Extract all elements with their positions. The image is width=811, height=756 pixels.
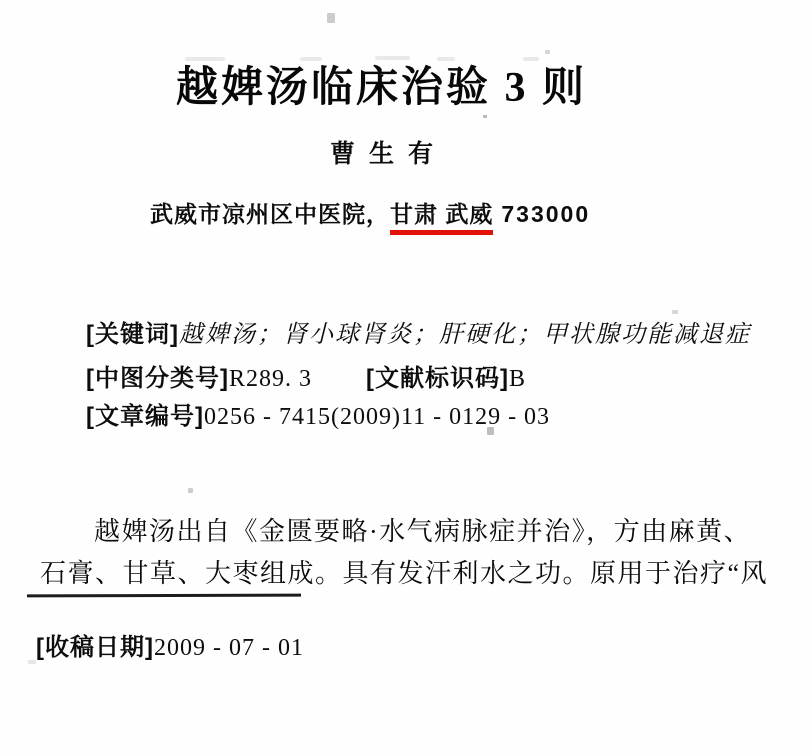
- classification-line: [中图分类号]R289. 3[文献标识码]B: [86, 358, 526, 393]
- footnote-divider: [27, 594, 301, 598]
- body-text-line-2: 石膏、甘草、大枣组成。具有发汗利水之功。原用于治疗“风: [40, 553, 768, 590]
- affiliation-institution: 武威市凉州区中医院，: [150, 201, 390, 227]
- received-date-label: [收稿日期]: [36, 634, 154, 661]
- body-text-line-1: 越婢汤出自《金匮要略·水气病脉症并治》，方由麻黄、: [94, 511, 751, 548]
- received-date-value: 2009 - 07 - 01: [154, 635, 304, 661]
- affiliation-region-underlined: 甘肃 武威: [390, 196, 493, 235]
- author-name: 曹生有: [330, 134, 447, 170]
- clc-label: [中图分类号]: [86, 365, 229, 392]
- keywords-line: [关键词]越婢汤；肾小球肾炎；肝硬化；甲状腺功能减退症: [86, 314, 751, 349]
- scan-speckle: [28, 660, 36, 664]
- keywords-label: [关键词]: [86, 321, 179, 348]
- affiliation-line: 武威市凉州区中医院，甘肃 武威733000: [150, 196, 590, 235]
- article-id-value: 0256 - 7415(2009)11 - 0129 - 03: [204, 404, 550, 430]
- scan-speckle: [188, 488, 193, 493]
- affiliation-postal-code: 733000: [501, 201, 590, 227]
- keywords-value: 越婢汤；肾小球肾炎；肝硬化；甲状腺功能减退症: [179, 322, 751, 348]
- clc-value: R289. 3: [229, 366, 312, 392]
- paper-title: 越婢汤临床治验 3 则: [176, 54, 587, 114]
- received-date-line: [收稿日期]2009 - 07 - 01: [36, 627, 304, 662]
- article-id-label: [文章编号]: [86, 403, 204, 430]
- scanned-paper-page: 越婢汤临床治验 3 则 曹生有 武威市凉州区中医院，甘肃 武威733000 [关…: [0, 0, 811, 756]
- article-id-line: [文章编号]0256 - 7415(2009)11 - 0129 - 03: [86, 396, 550, 431]
- scan-speckle: [327, 13, 335, 23]
- doc-code-label: [文献标识码]: [366, 365, 509, 392]
- scan-speckle: [483, 115, 487, 118]
- doc-code-value: B: [509, 366, 526, 392]
